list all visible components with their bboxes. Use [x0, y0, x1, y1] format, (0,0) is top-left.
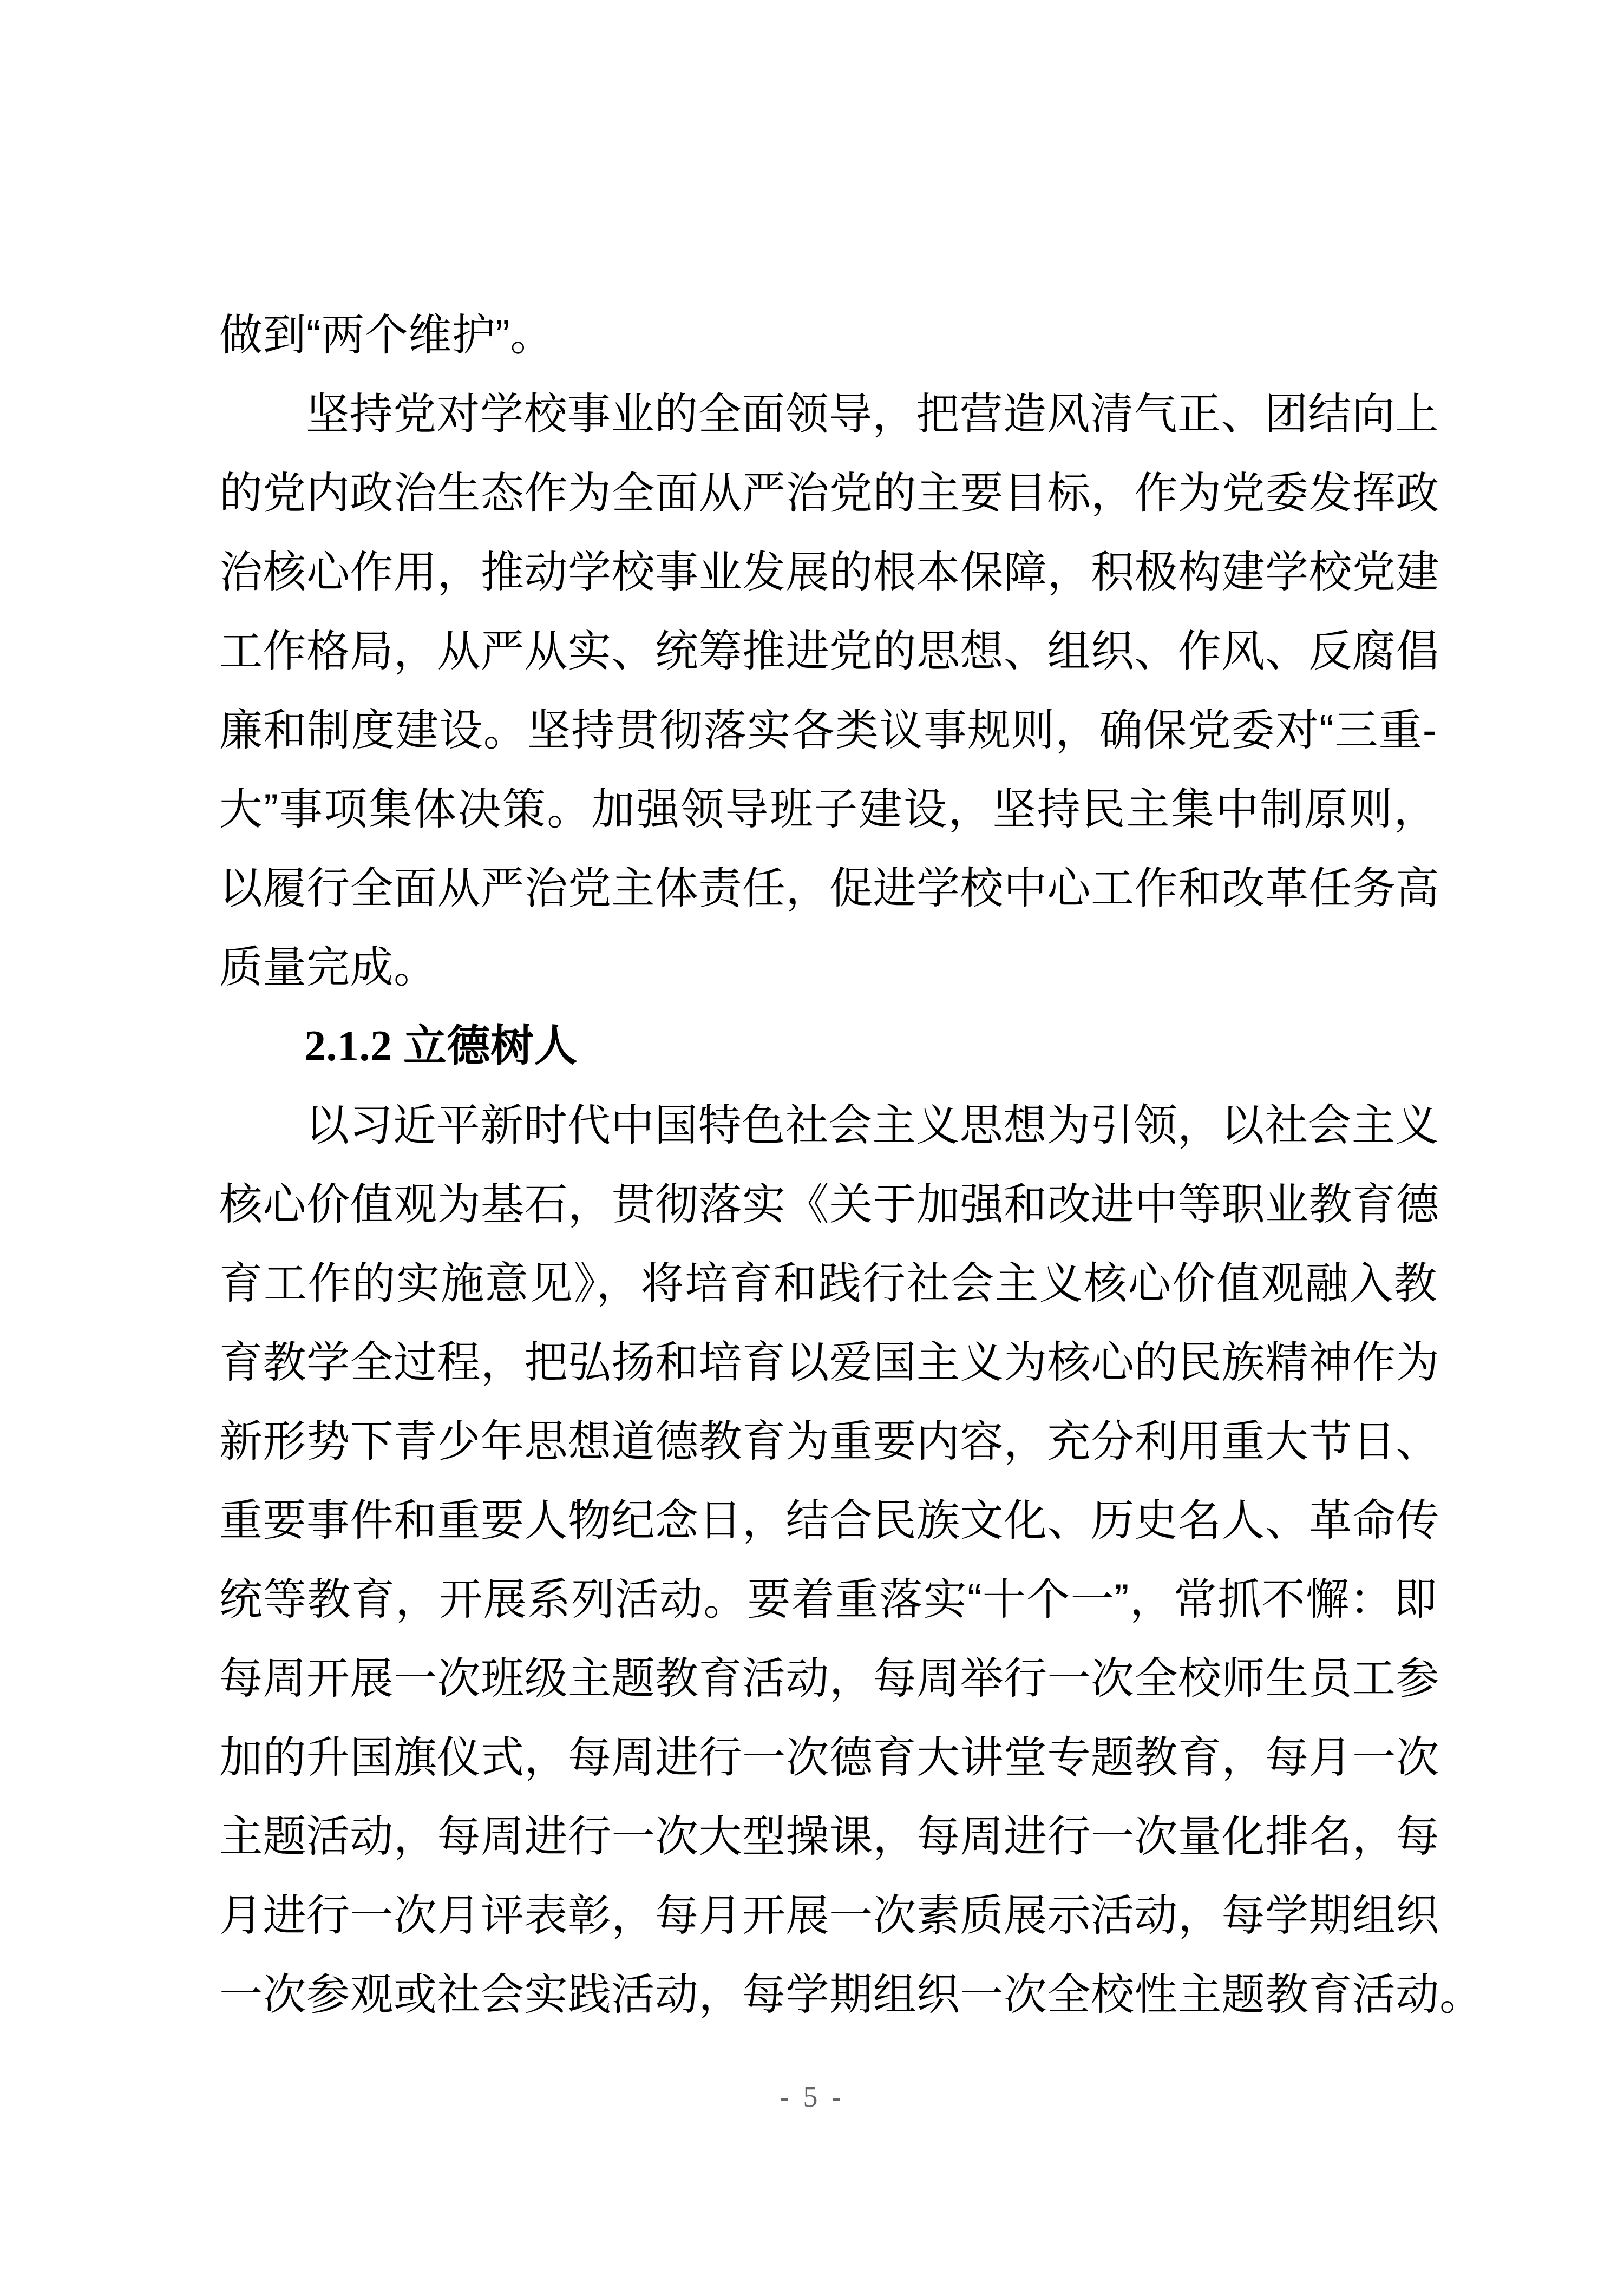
document-page: 做到“两个维护”。 坚持党对学校事业的全面领导，把营造风清气正、团结向上 的党内…: [0, 0, 1624, 2296]
text-line: 以履行全面从严治党主体责任，促进学校中心工作和改革任务高: [219, 849, 1437, 928]
text-line: 大”事项集体决策。加强领导班子建设，坚持民主集中制原则，: [219, 770, 1437, 849]
text-line: 坚持党对学校事业的全面领导，把营造风清气正、团结向上: [219, 375, 1437, 454]
text-line: 新形势下青少年思想道德教育为重要内容，充分利用重大节日、: [219, 1402, 1437, 1481]
text-line: 以习近平新时代中国特色社会主义思想为引领，以社会主义: [219, 1086, 1437, 1165]
text-line: 月进行一次月评表彰，每月开展一次素质展示活动，每学期组织: [219, 1876, 1437, 1955]
text-line: 育教学全过程，把弘扬和培育以爱国主义为核心的民族精神作为: [219, 1323, 1437, 1402]
section-heading: 2.1.2 立德树人: [219, 1007, 1437, 1086]
text-line: 加的升国旗仪式，每周进行一次德育大讲堂专题教育，每月一次: [219, 1718, 1437, 1797]
text-line: 统等教育，开展系列活动。要着重落实“十个一”，常抓不懈：即: [219, 1560, 1437, 1639]
text-line: 质量完成。: [219, 928, 1437, 1007]
text-line: 做到“两个维护”。: [219, 296, 1437, 375]
text-line: 核心价值观为基石，贯彻落实《关于加强和改进中等职业教育德: [219, 1165, 1437, 1244]
text-line: 主题活动，每周进行一次大型操课，每周进行一次量化排名，每: [219, 1797, 1437, 1876]
text-line: 的党内政治生态作为全面从严治党的主要目标，作为党委发挥政: [219, 454, 1437, 533]
text-line: 每周开展一次班级主题教育活动，每周举行一次全校师生员工参: [219, 1639, 1437, 1718]
text-line: 重要事件和重要人物纪念日，结合民族文化、历史名人、革命传: [219, 1481, 1437, 1560]
text-line: 一次参观或社会实践活动，每学期组织一次全校性主题教育活动。: [219, 1955, 1437, 2034]
paragraph-2: 坚持党对学校事业的全面领导，把营造风清气正、团结向上 的党内政治生态作为全面从严…: [219, 375, 1437, 1007]
paragraph-1: 做到“两个维护”。: [219, 296, 1437, 375]
body-text: 做到“两个维护”。 坚持党对学校事业的全面领导，把营造风清气正、团结向上 的党内…: [219, 296, 1437, 2034]
text-line: 育工作的实施意见》，将培育和践行社会主义核心价值观融入教: [219, 1244, 1437, 1323]
text-line: 工作格局，从严从实、统筹推进党的思想、组织、作风、反腐倡: [219, 612, 1437, 691]
text-line: 廉和制度建设。坚持贯彻落实各类议事规则，确保党委对“三重-: [219, 691, 1437, 770]
paragraph-3: 以习近平新时代中国特色社会主义思想为引领，以社会主义 核心价值观为基石，贯彻落实…: [219, 1086, 1437, 2034]
page-number: - 5 -: [0, 2081, 1624, 2113]
text-line: 治核心作用，推动学校事业发展的根本保障，积极构建学校党建: [219, 533, 1437, 612]
